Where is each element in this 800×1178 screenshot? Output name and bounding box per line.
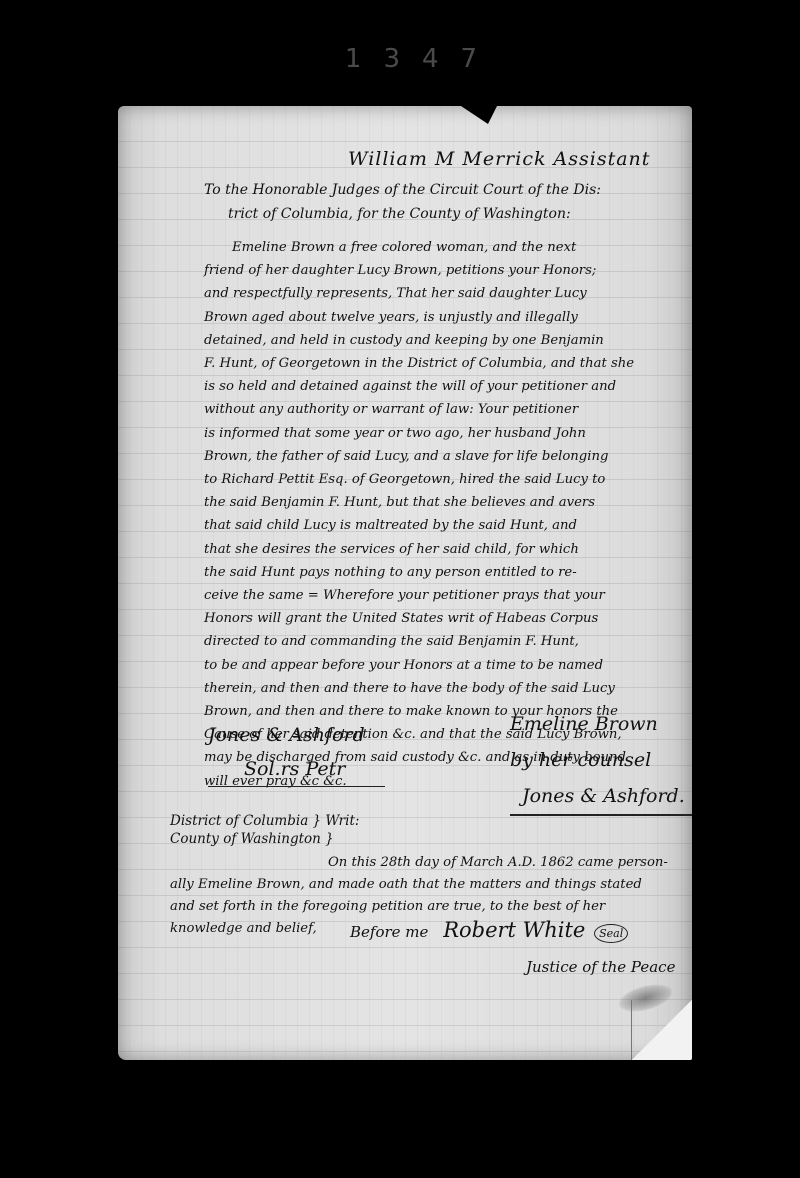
solicitors-note: Sol.rs Petr: [208, 752, 385, 787]
seal-mark: Seal: [594, 924, 628, 943]
attorneys-endorsement: Jones & Ashford Sol.rs Petr: [208, 718, 385, 787]
petition-line: without any authority or warrant of law:…: [204, 398, 634, 421]
address-line: To the Honorable Judges of the Circuit C…: [204, 178, 601, 202]
petition-line: therein, and then and there to have the …: [204, 677, 634, 700]
petition-line: that said child Lucy is maltreated by th…: [204, 514, 634, 537]
justice-signature: Robert White: [433, 918, 585, 942]
petition-line: that she desires the services of her sai…: [204, 538, 634, 561]
venue-line: District of Columbia } Writ:: [170, 812, 359, 830]
petition-line: to Richard Pettit Esq. of Georgetown, hi…: [204, 468, 634, 491]
court-address: To the Honorable Judges of the Circuit C…: [204, 178, 601, 226]
petition-line: to be and appear before your Honors at a…: [204, 654, 634, 677]
microfilm-frame-number: 1347: [0, 44, 800, 74]
jurat-line: ally Emeline Brown, and made oath that t…: [170, 874, 668, 896]
petition-line: Emeline Brown a free colored woman, and …: [204, 236, 634, 259]
address-line: trict of Columbia, for the County of Was…: [204, 202, 601, 226]
before-me-text: Before me: [350, 923, 428, 941]
petition-line: directed to and commanding the said Benj…: [204, 630, 634, 653]
petition-line: Brown aged about twelve years, is unjust…: [204, 306, 634, 329]
venue-line: County of Washington }: [170, 830, 359, 848]
petitioner-signature: Emeline Brown: [510, 706, 692, 742]
petition-line: the said Benjamin F. Hunt, but that she …: [204, 491, 634, 514]
jurat-line: and set forth in the foregoing petition …: [170, 896, 668, 918]
petition-document-page: William M Merrick Assistant To the Honor…: [118, 106, 692, 1060]
petition-line: friend of her daughter Lucy Brown, petit…: [204, 259, 634, 282]
jurat-venue: District of Columbia } Writ: County of W…: [170, 812, 359, 848]
petition-line: Honors will grant the United States writ…: [204, 607, 634, 630]
petition-line: Brown, the father of said Lucy, and a sl…: [204, 445, 634, 468]
folded-corner: [631, 1000, 692, 1060]
petition-line: is informed that some year or two ago, h…: [204, 422, 634, 445]
petition-line: F. Hunt, of Georgetown in the District o…: [204, 352, 634, 375]
petitioner-signature-block: Emeline Brown by her counsel Jones & Ash…: [510, 706, 692, 816]
justice-title: Justice of the Peace: [526, 958, 675, 976]
docket-note: William M Merrick Assistant: [348, 148, 650, 170]
attorneys-signature: Jones & Ashford: [208, 718, 385, 752]
petition-line: the said Hunt pays nothing to any person…: [204, 561, 634, 584]
petition-line: detained, and held in custody and keepin…: [204, 329, 634, 352]
counsel-signature: Jones & Ashford.: [510, 778, 692, 816]
petition-line: and respectfully represents, That her sa…: [204, 282, 634, 305]
by-counsel-text: by her counsel: [510, 742, 692, 778]
petition-line: ceive the same = Wherefore your petition…: [204, 584, 634, 607]
jurat-line: On this 28th day of March A.D. 1862 came…: [170, 852, 668, 874]
petition-line: is so held and detained against the will…: [204, 375, 634, 398]
torn-edge: [458, 106, 498, 124]
justice-signature-line: Before me Robert White Seal: [350, 918, 628, 943]
